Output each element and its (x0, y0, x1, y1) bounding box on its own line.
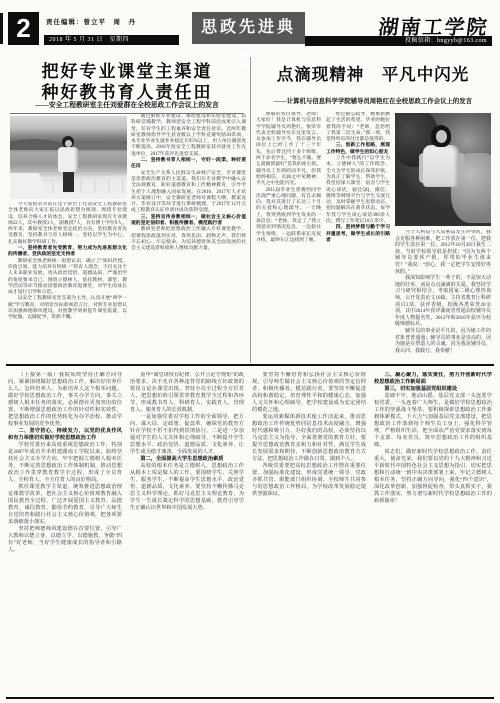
bottom-article-column-4: 三、凝心聚力，落实责任，努力开创新时代学校思想政治工作新局面 第三，切实加强基层… (374, 372, 492, 694)
section-heading: 三、凝心聚力，落实责任，努力开创新时代学校思想政治工作新局面 (374, 372, 492, 386)
contact-bar: 投稿信箱：hngyyb@163.com (305, 36, 492, 46)
bottom-article-column-3: 要坚持不懈培育和弘扬社会主义核心价值观，引导师生做社会主义核心价值观的坚定信仰者… (252, 372, 366, 694)
body-paragraph: 一是加强党委对学校工作的全面领导，把方向、谋大局、定政策、促改革，确保党的教育方… (130, 414, 244, 456)
photo-person-face (436, 130, 447, 143)
body-paragraph: 通过狠抓专业建设、课程建设和实验室建设，以科研反哺教学，教师把安全工程学科前沿成… (131, 114, 246, 158)
section-heading: 三、创新工作思路，展现工作特色，做学生的知心朋友 (326, 143, 390, 156)
right-article-photo (395, 113, 491, 226)
body-paragraph: 2011届毕业生曾赛西同学出现严重心理问题，有自杀倾向。我对其进行了长达三个月的… (256, 188, 321, 245)
section-heading: 二、坚持教书育人相统一，守好一段渠、种好责任田 (131, 158, 246, 171)
body-paragraph: 重申“课堂讲授有纪律、公开言论守规矩”的政治要求，决不允许各种违背党的路线方针政… (130, 372, 244, 414)
right-subtitle: ——计算机与信息科学学院辅导员周艳红在全校思政工作会议上的发言 (254, 96, 492, 105)
body-paragraph: 坚持把师德师风建设摆在首要位置，引导广大教师以德立身、以德立学、以德施教，争做“… (8, 526, 122, 554)
column-divider (250, 57, 251, 363)
body-paragraph: 要运用新媒体新技术使工作活起来，推动思想政治工作传统优势同信息技术高度融合，增强… (252, 414, 366, 463)
body-paragraph: 要坚持不懈培育和弘扬社会主义核心价值观，引导师生做社会主义核心价值观的坚定信仰者… (252, 372, 366, 414)
page-number: 2 (8, 12, 39, 45)
body-paragraph: 经过耐心疏导，她重新燃起了生活的希望。毕业时她拉着我的手说：“老师，是您给了我第… (326, 112, 390, 143)
body-paragraph: 辅导员的事业是平凡的，因为她工作的对象普普通通；辅导员的事业是崇高的，因为她是在… (395, 329, 491, 355)
body-paragraph: 学校党委历来高度重视思想政治工作，特别是2007年成功升本组建湖南工学院以来，始… (8, 442, 122, 484)
body-paragraph: 我深知影响学生一辈子的，不是惊天动地的壮举，而是点点滴滴的关爱。我坚持学习与研究… (395, 276, 491, 329)
bottom-article-column-1: （上接第一版）我院始终坚持正确方向导向，紧紧围绕做好思想政治工作，解决好培养什么… (8, 372, 122, 694)
right-article-column-1: 尊敬的各位领导、老师：大家好！我是计算机与信息科学学院辅导员周艳红。很荣幸代表全… (256, 112, 321, 362)
photo-person-legs (63, 172, 74, 192)
body-paragraph: （上接第一版）我院始终坚持正确方向导向，紧紧围绕做好思想政治工作，解决好培养什么… (8, 372, 122, 428)
right-article-column-3: 当个人利益与大局利益发生冲突时，我会克服各种困难，把工作放在第一位，把我的学生放… (395, 230, 491, 362)
section-heading: 四、坚持梦想与勤于学习并重思考，做学生成长的引路者 (326, 225, 390, 244)
page-edge-mark (0, 13, 3, 44)
right-headline: 点滴现精神 平凡中闪光 (254, 61, 492, 85)
left-article-column-2: 通过狠抓专业建设、课程建设和实验室建设，以科研反哺教学，教师把安全工程学科前沿成… (131, 114, 246, 362)
right-article-column-2: 经过耐心疏导，她重新燃起了生活的希望。毕业时她拉着我的手说：“老师，是您给了我第… (326, 112, 390, 362)
body-paragraph: 教研室老师把思想政治工作融入专业课堂教学，把课程思政落到实处，春风化雨、润物无声… (131, 227, 246, 252)
bottom-article-column-2: 重申“课堂讲授有纪律、公开言论守规矩”的政治要求，决不允许各种违背党的路线方针政… (130, 372, 244, 694)
left-article-column-1: 今天我很荣幸站在这个讲台上代表安全工程教研室全体老师向大家汇报以思政思想为统领、… (8, 202, 127, 362)
left-subtitle: ——安全工程教研室主任刘爱群在全校思政工作会议上的发言 (10, 99, 244, 114)
body-paragraph: 工作中我践行“以学生为本、立德树人”的工作理念，全力为学生的成长保驾护航。为真正… (326, 156, 390, 225)
body-paragraph: 以安全工程教研室党支部为主导，认真开展“两学一做”学习教育，对照党员标准规范言行… (8, 296, 127, 321)
section-heading: 三、坚持言传身教相统一，做社会主义核心价值观的坚定信仰者、积极传播者、模范践行者 (131, 215, 246, 228)
section-heading: 第三，切实加强基层党组织建设 (374, 386, 492, 393)
body-paragraph: 安全生产关系人民群众生命财产安全，专业课堂是思想政治教育的主渠道。我们在专业教学… (131, 171, 246, 215)
date-bar: 2018 年 5 月 31 日 星期四 (44, 35, 179, 45)
left-article-photo (10, 116, 127, 199)
photo-person-shirt (423, 145, 459, 187)
body-paragraph: 教研室全体老师统一思想认识，确立了“知识传授、价值引领、能力培养有机统一”的育人… (8, 259, 127, 297)
photo-person-face (65, 140, 72, 147)
body-paragraph: 今天我很荣幸站在这个讲台上代表安全工程教研室全体老师向大家汇报以思政思想为统领、… (8, 202, 127, 246)
page-bottom-rule (6, 697, 494, 699)
editor-line: 责任编辑：曾立平 周 丹 (46, 17, 136, 26)
section-rule (6, 364, 494, 366)
section-title: 思政先进典型 (192, 12, 305, 44)
body-paragraph: 各级党委要把高校思想政治工作摆在重要位置，加强标准化建设，形成党委统一领导、党政… (252, 463, 366, 498)
section-heading: 第二，全面提高大学生思想政治素质 (130, 456, 244, 463)
section-heading: 二、坚守初心，持续发力，以党的优良作风和有力举措切实做好学校思想政治工作 (8, 428, 122, 442)
section-heading: 一、坚持教育者先受教育，努力成为先进思想文化的传播者、党执政的坚定支持者 (8, 246, 127, 259)
body-paragraph: 同志们，做好新时代学校思想政治工作，责任重大，使命光荣。我们要以党的十九大精神和… (374, 449, 492, 505)
masthead-logo: 湖南工学院 (374, 11, 493, 36)
body-paragraph: 高校的根本任务是立德树人，思想政治工作从根本上说是做人的工作。要围绕学生、关照学… (130, 463, 244, 512)
body-paragraph: 基础不牢，地动山摇。基层党支部一头连着学校党委，一头连着广大师生，是做好学校思想… (374, 393, 492, 449)
body-paragraph: 当个人利益与大局利益发生冲突时，我会克服各种困难，把工作放在第一位，把我的学生放… (395, 230, 491, 276)
body-paragraph: 抓住课堂教学主渠道，统筹推进思想政治理论课教学改革，把社会主义核心价值观教育融入… (8, 484, 122, 526)
body-paragraph: 尊敬的各位领导、老师：大家好！我是计算机与信息科学学院辅导员周艳红。很荣幸代表全… (256, 112, 321, 188)
photo-person-jacket (58, 147, 78, 173)
newspaper-page: 2 责任编辑：曾立平 周 丹 2018 年 5 月 31 日 星期四 思政先进典… (0, 0, 500, 703)
